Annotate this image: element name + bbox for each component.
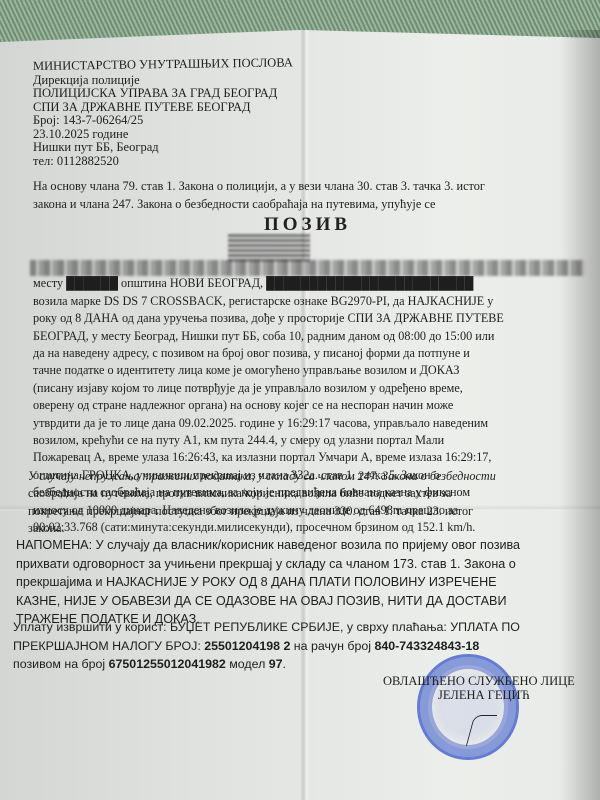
warning-line: саобраћаја на путевима, против власника/… <box>28 485 496 502</box>
body-line: да на наведену адресу, с позивом на број… <box>33 345 504 362</box>
payment-model: 97 <box>269 657 283 671</box>
body-line: возила марке DS DS 7 CROSSBACK, регистар… <box>33 293 504 310</box>
order-number: 25501204198 2 <box>204 639 290 653</box>
intro-line: На основу члана 79. став 1. Закона о пол… <box>33 178 485 196</box>
note-paragraph: НАПОМЕНА: У случају да власник/корисник … <box>16 536 520 629</box>
body-line: тачне податке о идентитету лица коме је … <box>33 362 504 379</box>
note-line: прекршајима и НАЈКАСНИЈЕ У РОКУ ОД 8 ДАН… <box>16 573 520 592</box>
directorate: Дирекција полиције <box>33 74 293 88</box>
letterhead: МИНИСТАРСТВО УНУТРАШЊИХ ПОСЛОВА Дирекциј… <box>33 60 293 168</box>
body-line: року од 8 ДАНА од дана уручења позива, д… <box>33 310 504 327</box>
unit-name: СПИ ЗА ДРЖАВНЕ ПУТЕВЕ БЕОГРАД <box>33 101 293 115</box>
payment-line: Уплату извршити у корист: БУЏЕТ РЕПУБЛИК… <box>13 618 520 637</box>
ministry-name: МИНИСТАРСТВО УНУТРАШЊИХ ПОСЛОВА <box>33 56 293 73</box>
payment-line: ПРЕКРШАЈНОМ НАЛОГУ БРОЈ: 25501204198 2 н… <box>13 637 520 656</box>
body-line: (писану изјаву којом то лице потврђује д… <box>33 380 504 397</box>
police-administration: ПОЛИЦИЈСКА УПРАВА ЗА ГРАД БЕОГРАД <box>33 87 293 101</box>
signer-name: ЈЕЛЕНА ГЕЦИЋ <box>383 688 575 702</box>
body-line: Пожаревац А, време улаза 16:26:43, ка из… <box>33 449 504 466</box>
body-line: возилом, крећући се на путу А1, км пута … <box>33 432 504 449</box>
warning-line: У случају непружања тражених података, у… <box>28 468 496 485</box>
body-line: оверену од стране надлежног органа) на о… <box>33 397 504 414</box>
document-number: Број: 143-7-06264/25 <box>33 114 293 128</box>
warning-paragraph: У случају непружања тражених података, у… <box>28 468 496 538</box>
body-line: БЕОГРАД, у месту Београд, Нишки пут ББ, … <box>33 328 504 345</box>
note-line: КАЗНЕ, НИЈЕ У ОБАВЕЗИ ДА СЕ ОДАЗОВЕ НА О… <box>16 592 520 611</box>
redaction <box>30 260 585 276</box>
document-title: ПОЗИВ <box>264 214 351 236</box>
note-line: НАПОМЕНА: У случају да власник/корисник … <box>16 536 520 555</box>
signer-role: ОВЛАШЋЕНО СЛУЖБЕНО ЛИЦЕ <box>383 674 575 688</box>
reference-number: 67501255012041982 <box>109 657 226 671</box>
warning-line: покретање прекршајног поступка због прек… <box>28 503 496 520</box>
document: МИНИСТАРСТВО УНУТРАШЊИХ ПОСЛОВА Дирекциј… <box>0 0 600 800</box>
body-line: месту ██████ општина НОВИ БЕОГРАД, █████… <box>33 275 504 292</box>
account-number: 840-743324843-18 <box>374 639 479 653</box>
body-line: утврдити да је то лице дана 09.02.2025. … <box>33 415 504 432</box>
signature-block: ОВЛАШЋЕНО СЛУЖБЕНО ЛИЦЕ ЈЕЛЕНА ГЕЦИЋ <box>383 674 575 702</box>
intro-line: закона и члана 247. Закона о безбедности… <box>33 196 485 214</box>
note-line: прихвати одговорност за учињени прекршај… <box>16 555 520 574</box>
warning-line: закона. <box>28 520 496 537</box>
intro-paragraph: На основу члана 79. став 1. Закона о пол… <box>33 178 485 214</box>
phone: тел: 0112882520 <box>33 155 293 169</box>
address: Нишки пут ББ, Београд <box>33 141 293 155</box>
document-date: 23.10.2025 године <box>33 128 293 142</box>
